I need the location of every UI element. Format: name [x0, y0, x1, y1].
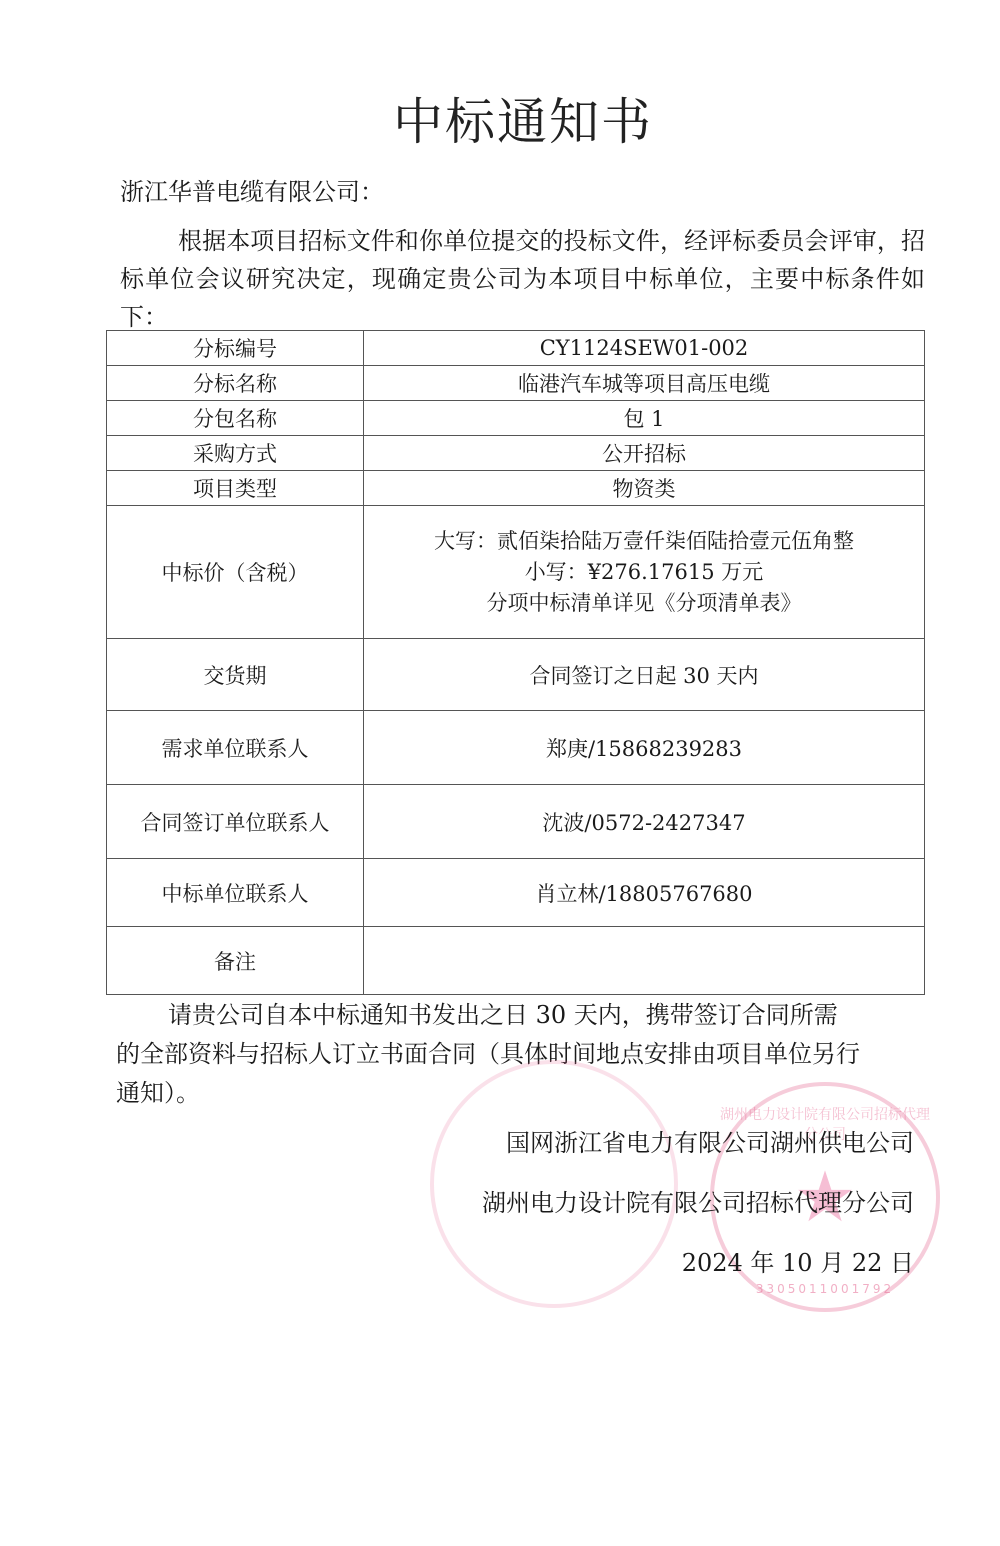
price-numeric: 小写：¥276.17615 万元 — [364, 557, 924, 588]
addressee: 浙江华普电缆有限公司： — [120, 172, 384, 207]
row-value: 肖立林/18805767680 — [364, 859, 925, 927]
document-title: 中标通知书 — [0, 82, 1000, 154]
agent-name: 湖州电力设计院有限公司招标代理分公司 — [482, 1183, 914, 1218]
row-value: 物资类 — [364, 471, 925, 506]
table-row: 需求单位联系人 郑庚/15868239283 — [107, 711, 925, 785]
row-value: 郑庚/15868239283 — [364, 711, 925, 785]
table-row: 分标名称 临港汽车城等项目高压电缆 — [107, 366, 925, 401]
intro-paragraph: 根据本项目招标文件和你单位提交的投标文件，经评标委员会评审，招标单位会议研究决定… — [120, 222, 925, 336]
row-label: 备注 — [107, 927, 364, 995]
table-row: 项目类型 物资类 — [107, 471, 925, 506]
row-label: 需求单位联系人 — [107, 711, 364, 785]
row-label: 交货期 — [107, 639, 364, 711]
row-value: CY1124SEW01-002 — [364, 331, 925, 366]
issue-date: 2024 年 10 月 22 日 — [682, 1243, 914, 1278]
row-label: 分标编号 — [107, 331, 364, 366]
table-row: 采购方式 公开招标 — [107, 436, 925, 471]
row-label: 合同签订单位联系人 — [107, 785, 364, 859]
table-row: 中标单位联系人 肖立林/18805767680 — [107, 859, 925, 927]
row-label: 采购方式 — [107, 436, 364, 471]
row-label: 分标名称 — [107, 366, 364, 401]
seal-number: 3305011001792 — [714, 1282, 936, 1296]
table-row: 分包名称 包 1 — [107, 401, 925, 436]
table-row-price: 中标价（含税） 大写：贰佰柒拾陆万壹仟柒佰陆拾壹元伍角整 小写：¥276.176… — [107, 506, 925, 639]
price-value: 大写：贰佰柒拾陆万壹仟柒佰陆拾壹元伍角整 小写：¥276.17615 万元 分项… — [364, 506, 925, 639]
row-label: 中标价（含税） — [107, 506, 364, 639]
row-label: 项目类型 — [107, 471, 364, 506]
row-value: 临港汽车城等项目高压电缆 — [364, 366, 925, 401]
row-value: 沈波/0572-2427347 — [364, 785, 925, 859]
row-label: 分包名称 — [107, 401, 364, 436]
table-row: 分标编号 CY1124SEW01-002 — [107, 331, 925, 366]
table-row: 合同签订单位联系人 沈波/0572-2427347 — [107, 785, 925, 859]
row-value: 合同签订之日起 30 天内 — [364, 639, 925, 711]
price-detail-note: 分项中标清单详见《分项清单表》 — [364, 588, 924, 619]
issuer-name: 国网浙江省电力有限公司湖州供电公司 — [506, 1123, 914, 1158]
row-value: 公开招标 — [364, 436, 925, 471]
award-terms-table: 分标编号 CY1124SEW01-002 分标名称 临港汽车城等项目高压电缆 分… — [106, 330, 925, 995]
row-value — [364, 927, 925, 995]
price-uppercase: 大写：贰佰柒拾陆万壹仟柒佰陆拾壹元伍角整 — [364, 526, 924, 557]
table-row: 备注 — [107, 927, 925, 995]
row-value: 包 1 — [364, 401, 925, 436]
row-label: 中标单位联系人 — [107, 859, 364, 927]
table-row: 交货期 合同签订之日起 30 天内 — [107, 639, 925, 711]
